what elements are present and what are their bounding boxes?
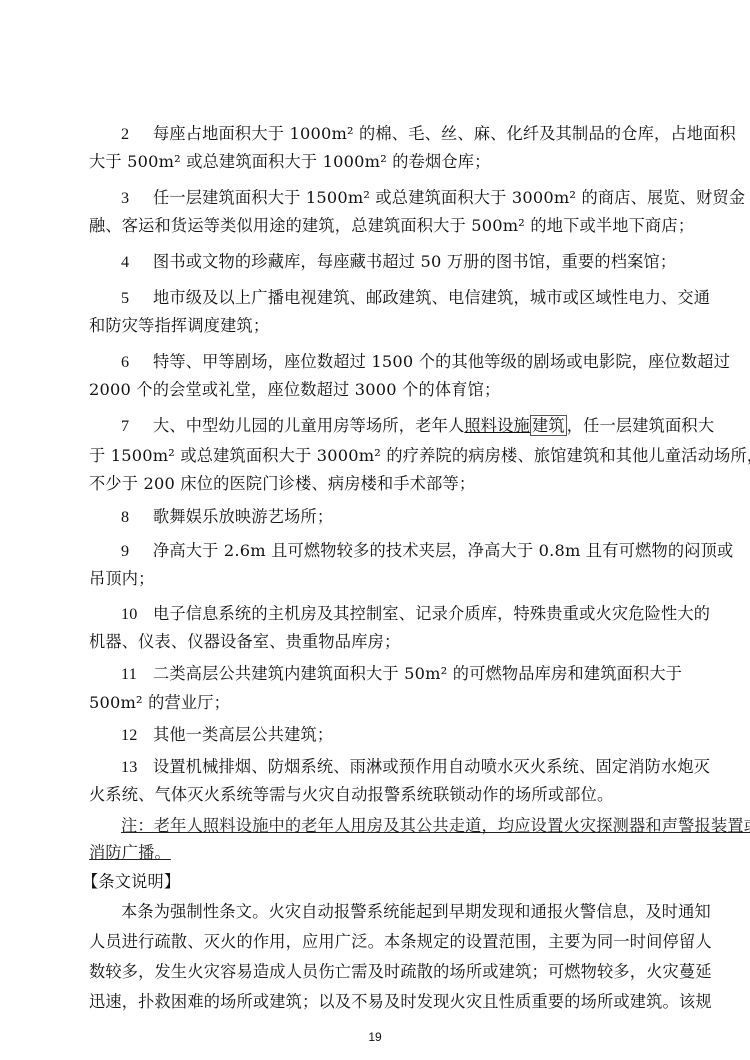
item-3-line-1: 3任一层建筑面积大于 1500m² 或总建筑面积大于 3000m² 的商店、展览… xyxy=(121,188,671,208)
item-12-line-1: 12其他一类高层公共建筑； xyxy=(121,725,671,745)
item-number: 11 xyxy=(121,664,143,684)
item-8-line-1: 8歌舞娱乐放映游艺场所； xyxy=(121,507,671,527)
item-6-line-2: 2000 个的会堂或礼堂，座位数超过 3000 个的体育馆； xyxy=(89,380,671,400)
page-number: 19 xyxy=(0,1030,750,1044)
item-5-line-1: 5地市级及以上广播电视建筑、邮政建筑、电信建筑，城市或区域性电力、交通 xyxy=(121,288,671,308)
explanation-line-4: 迅速，扑救困难的场所或建筑；以及不易及时发现火灾且性质重要的场所或建筑。该规 xyxy=(89,992,671,1012)
item-2-line-1: 2每座占地面积大于 1000m² 的棉、毛、丝、麻、化纤及其制品的仓库，占地面积 xyxy=(121,124,671,144)
item-7-line-3: 不少于 200 床位的医院门诊楼、病房楼和手术部等； xyxy=(89,474,671,494)
item-number: 10 xyxy=(121,604,143,624)
item-3-line-2: 融、客运和货运等类似用途的建筑，总建筑面积大于 500m² 的地下或半地下商店； xyxy=(89,216,671,236)
item-4-line-1: 4图书或文物的珍藏库，每座藏书超过 50 万册的图书馆，重要的档案馆； xyxy=(121,252,671,272)
note-line-1: 注：老年人照料设施中的老年人用房及其公共走道，均应设置火灾探测器和声警报装置或 xyxy=(121,816,671,836)
item-number: 2 xyxy=(121,124,143,144)
item-11-line-1: 11二类高层公共建筑内建筑面积大于 50m² 的可燃物品库房和建筑面积大于 xyxy=(121,664,671,684)
item-9-line-1: 9净高大于 2.6m 且可燃物较多的技术夹层，净高大于 0.8m 且有可燃物的闷… xyxy=(121,541,671,561)
item-10-line-1: 10电子信息系统的主机房及其控制室、记录介质库，特殊贵重或火灾危险性大的 xyxy=(121,604,671,624)
item-2-line-2: 大于 500m² 或总建筑面积大于 1000m² 的卷烟仓库； xyxy=(89,152,671,172)
item-13-line-1: 13设置机械排烟、防烟系统、雨淋或预作用自动喷水灭火系统、固定消防水炮灭 xyxy=(121,757,671,777)
item-number: 5 xyxy=(121,288,143,308)
item-number: 8 xyxy=(121,507,143,527)
explanation-line-3: 数较多，发生火灾容易造成人员伤亡需及时疏散的场所或建筑；可燃物较多，火灾蔓延 xyxy=(89,962,671,982)
explanation-line-1: 本条为强制性条文。火灾自动报警系统能起到早期发现和通报火警信息，及时通知 xyxy=(121,902,671,922)
item-number: 9 xyxy=(121,541,143,561)
item-10-line-2: 机器、仪表、仪器设备室、贵重物品库房； xyxy=(89,632,671,652)
item-number: 13 xyxy=(121,757,143,777)
item-number: 12 xyxy=(121,725,143,745)
item-11-line-2: 500m² 的营业厅； xyxy=(89,693,671,713)
item-6-line-1: 6特等、甲等剧场，座位数超过 1500 个的其他等级的剧场或电影院，座位数超过 xyxy=(121,352,671,372)
item-13-line-2: 火系统、气体灭火系统等需与火灾自动报警系统联锁动作的场所或部位。 xyxy=(89,785,671,805)
boxed-text: 建筑 xyxy=(530,415,567,436)
item-9-line-2: 吊顶内； xyxy=(89,569,671,589)
item-5-line-2: 和防灾等指挥调度建筑； xyxy=(89,316,671,336)
explanation-heading: 【条文说明】 xyxy=(82,872,664,892)
item-number: 6 xyxy=(121,352,143,372)
item-number: 7 xyxy=(121,416,143,436)
item-number: 3 xyxy=(121,188,143,208)
explanation-line-2: 人员进行疏散、灭火的作用，应用广泛。本条规定的设置范围，主要为同一时间停留人 xyxy=(89,932,671,952)
item-7-line-2: 于 1500m² 或总建筑面积大于 3000m² 的疗养院的病房楼、旅馆建筑和其… xyxy=(89,446,671,466)
underlined-text: 照料设施 xyxy=(464,416,530,435)
item-7-line-1: 7大、中型幼儿园的儿童用房等场所，老年人照料设施建筑，任一层建筑面积大 xyxy=(121,416,671,436)
item-number: 4 xyxy=(121,252,143,272)
note-line-2: 消防广播。 xyxy=(89,843,671,863)
